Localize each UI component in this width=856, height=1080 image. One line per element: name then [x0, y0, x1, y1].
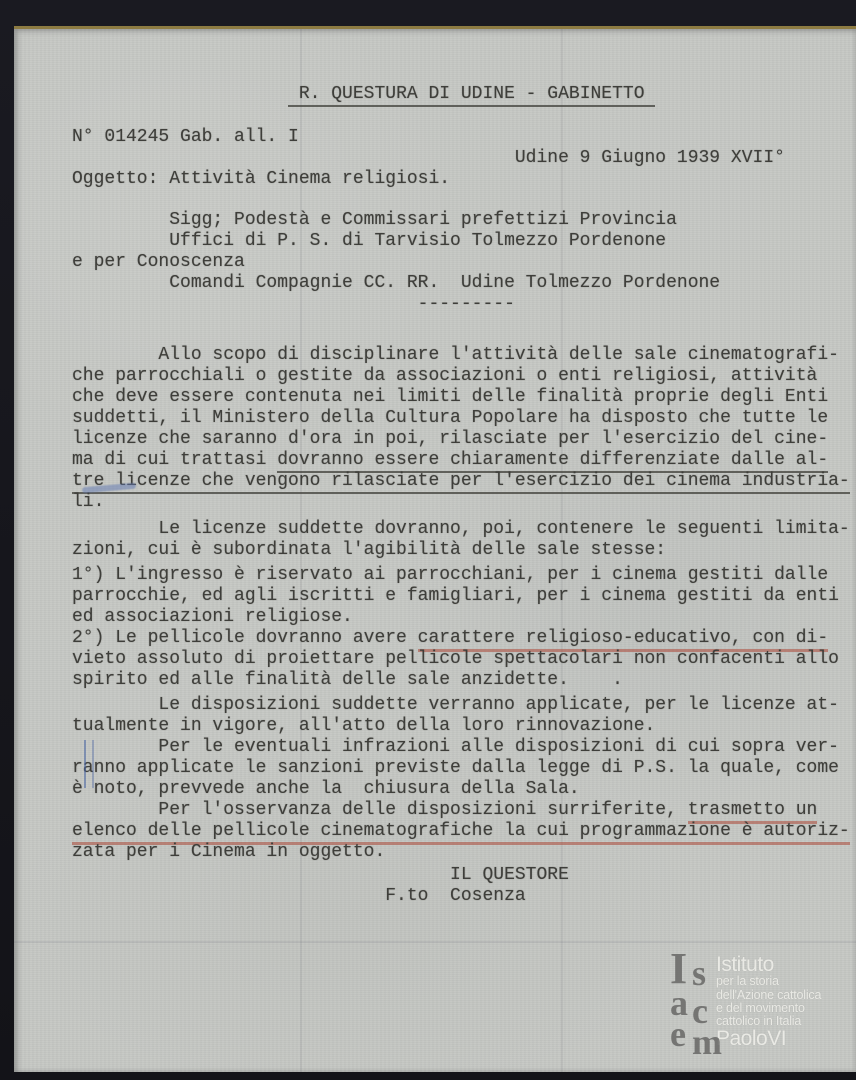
text-segment: licenze che saranno d'ora in poi, rilasc… [72, 429, 828, 449]
text-segment: e per Conoscenza [72, 252, 245, 272]
blue-margin-mark [84, 740, 94, 788]
text-segment: tualmente in vigore, all'atto della loro… [72, 716, 655, 736]
text-segment: zata per i Cinema in oggetto. [72, 842, 385, 862]
recipient-line: Comandi Compagnie CC. RR. Udine Tolmezzo… [72, 273, 850, 294]
text-segment: Udine 9 Giugno 1939 XVII° [72, 148, 785, 168]
text-segment: --------- [72, 294, 515, 314]
body-line: spirito ed alle finalità delle sale anzi… [72, 670, 850, 691]
place-date: Udine 9 Giugno 1939 XVII° [72, 148, 850, 169]
body-line: che deve essere contenuta nei limiti del… [72, 387, 850, 408]
watermark-text: Istitutoper la storiadell'Azione cattoli… [716, 950, 821, 1049]
text-segment: ranno applicate le sanzioni previste dal… [72, 758, 839, 778]
text-segment: li. [72, 492, 104, 512]
text-segment: spirito ed alle finalità delle sale anzi… [72, 670, 623, 690]
text-segment: Per l'osservanza delle disposizioni surr… [72, 800, 688, 820]
body-line: 2°) Le pellicole dovranno avere caratter… [72, 628, 850, 649]
body-line: è noto, prevvede anche la chiusura della… [72, 779, 850, 800]
body-line: zioni, cui è subordinata l'agibilità del… [72, 540, 850, 561]
recipient-line: e per Conoscenza [72, 252, 850, 273]
underlined-text: dovranno essere chiaramente differenziat… [277, 450, 828, 473]
watermark-logo-letters: Isacem [670, 950, 714, 1050]
text-segment: IL QUESTORE [72, 865, 569, 885]
underlined-text: R. QUESTURA DI UDINE - GABINETTO [288, 84, 655, 107]
body-line: ranno applicate le sanzioni previste dal… [72, 758, 850, 779]
text-segment: suddetti, il Ministero della Cultura Pop… [72, 408, 828, 428]
body-line: Le licenze suddette dovranno, poi, conte… [72, 519, 850, 540]
text-segment: vieto assoluto di proiettare pellicole s… [72, 649, 839, 669]
text-segment: ma di cui trattasi [72, 450, 277, 470]
text-segment: Sigg; Podestà e Commissari prefettizi Pr… [72, 210, 677, 230]
text-segment [72, 84, 288, 104]
body-line: zata per i Cinema in oggetto. [72, 842, 850, 863]
watermark-text-line: e del movimento [716, 1002, 821, 1015]
watermark-text-line: cattolico in Italia [716, 1015, 821, 1028]
text-segment: Per le eventuali infrazioni alle disposi… [72, 737, 839, 757]
body-line: che parrocchiali o gestite da associazio… [72, 366, 850, 387]
text-segment: Le disposizioni suddette verranno applic… [72, 695, 839, 715]
watermark-letter: m [692, 1027, 714, 1058]
watermark-text-line: per la storia [716, 975, 821, 988]
text-segment: Le licenze suddette dovranno, poi, conte… [72, 519, 850, 539]
text-segment: 1°) L'ingresso è riservato ai parrocchia… [72, 565, 828, 585]
text-segment: parrocchie, ed agli iscritti e famigliar… [72, 586, 839, 606]
text-segment: F.to Cosenza [72, 886, 526, 906]
reference-number: N° 014245 Gab. all. I [72, 127, 850, 148]
body-line: ed associazioni religiose. [72, 607, 850, 628]
text-segment: è noto, prevvede anche la chiusura della… [72, 779, 580, 799]
recipient-line: Uffici di P. S. di Tarvisio Tolmezzo Por… [72, 231, 850, 252]
body-line: elenco delle pellicole cinematografiche … [72, 821, 850, 842]
text-segment: Uffici di P. S. di Tarvisio Tolmezzo Por… [72, 231, 666, 251]
letter-body: R. QUESTURA DI UDINE - GABINETTO N° 0142… [72, 84, 850, 907]
text-segment: Allo scopo di disciplinare l'attività de… [72, 345, 839, 365]
text-segment: che parrocchiali o gestite da associazio… [72, 366, 817, 386]
body-line: suddetti, il Ministero della Cultura Pop… [72, 408, 850, 429]
body-line: licenze che saranno d'ora in poi, rilasc… [72, 429, 850, 450]
text-segment: 2°) Le pellicole dovranno avere [72, 628, 418, 648]
text-segment: N° 014245 Gab. all. I [72, 127, 299, 147]
body-line: tre licenze che vengono rilasciate per l… [72, 471, 850, 492]
body-line: li. [72, 492, 850, 513]
signature-title: IL QUESTORE [72, 865, 850, 886]
body-line: tualmente in vigore, all'atto della loro… [72, 716, 850, 737]
body-line: 1°) L'ingresso è riservato ai parrocchia… [72, 565, 850, 586]
subject-line: Oggetto: Attività Cinema religiosi. [72, 169, 850, 190]
text-segment: Oggetto: Attività Cinema religiosi. [72, 169, 450, 189]
underlined-text: tre licenze che vengono rilasciate per l… [72, 471, 850, 494]
body-line: Le disposizioni suddette verranno applic… [72, 695, 850, 716]
separator-line: --------- [72, 294, 850, 315]
text-segment: ed associazioni religiose. [72, 607, 353, 627]
watermark-text-line: Istituto [716, 954, 821, 975]
paper-crease [14, 941, 856, 943]
scan-background: R. QUESTURA DI UDINE - GABINETTO N° 0142… [0, 0, 856, 1080]
letter-paper: R. QUESTURA DI UDINE - GABINETTO N° 0142… [14, 26, 856, 1072]
body-line: vieto assoluto di proiettare pellicole s… [72, 649, 850, 670]
watermark-text-line: PaoloVI [716, 1028, 821, 1049]
body-line: Allo scopo di disciplinare l'attività de… [72, 345, 850, 366]
text-segment: Comandi Compagnie CC. RR. Udine Tolmezzo… [72, 273, 720, 293]
body-line: parrocchie, ed agli iscritti e famigliar… [72, 586, 850, 607]
body-line: Per le eventuali infrazioni alle disposi… [72, 737, 850, 758]
body-line: ma di cui trattasi dovranno essere chiar… [72, 450, 850, 471]
letter-title: R. QUESTURA DI UDINE - GABINETTO [72, 84, 850, 105]
text-segment: che deve essere contenuta nei limiti del… [72, 387, 828, 407]
watermark-letter: e [670, 1019, 692, 1050]
watermark-text-line: dell'Azione cattolica [716, 989, 821, 1002]
body-line: Per l'osservanza delle disposizioni surr… [72, 800, 850, 821]
signature-name: F.to Cosenza [72, 886, 850, 907]
recipient-line: Sigg; Podestà e Commissari prefettizi Pr… [72, 210, 850, 231]
text-segment: zioni, cui è subordinata l'agibilità del… [72, 540, 666, 560]
archive-watermark: Isacem Istitutoper la storiadell'Azione … [670, 950, 838, 1050]
